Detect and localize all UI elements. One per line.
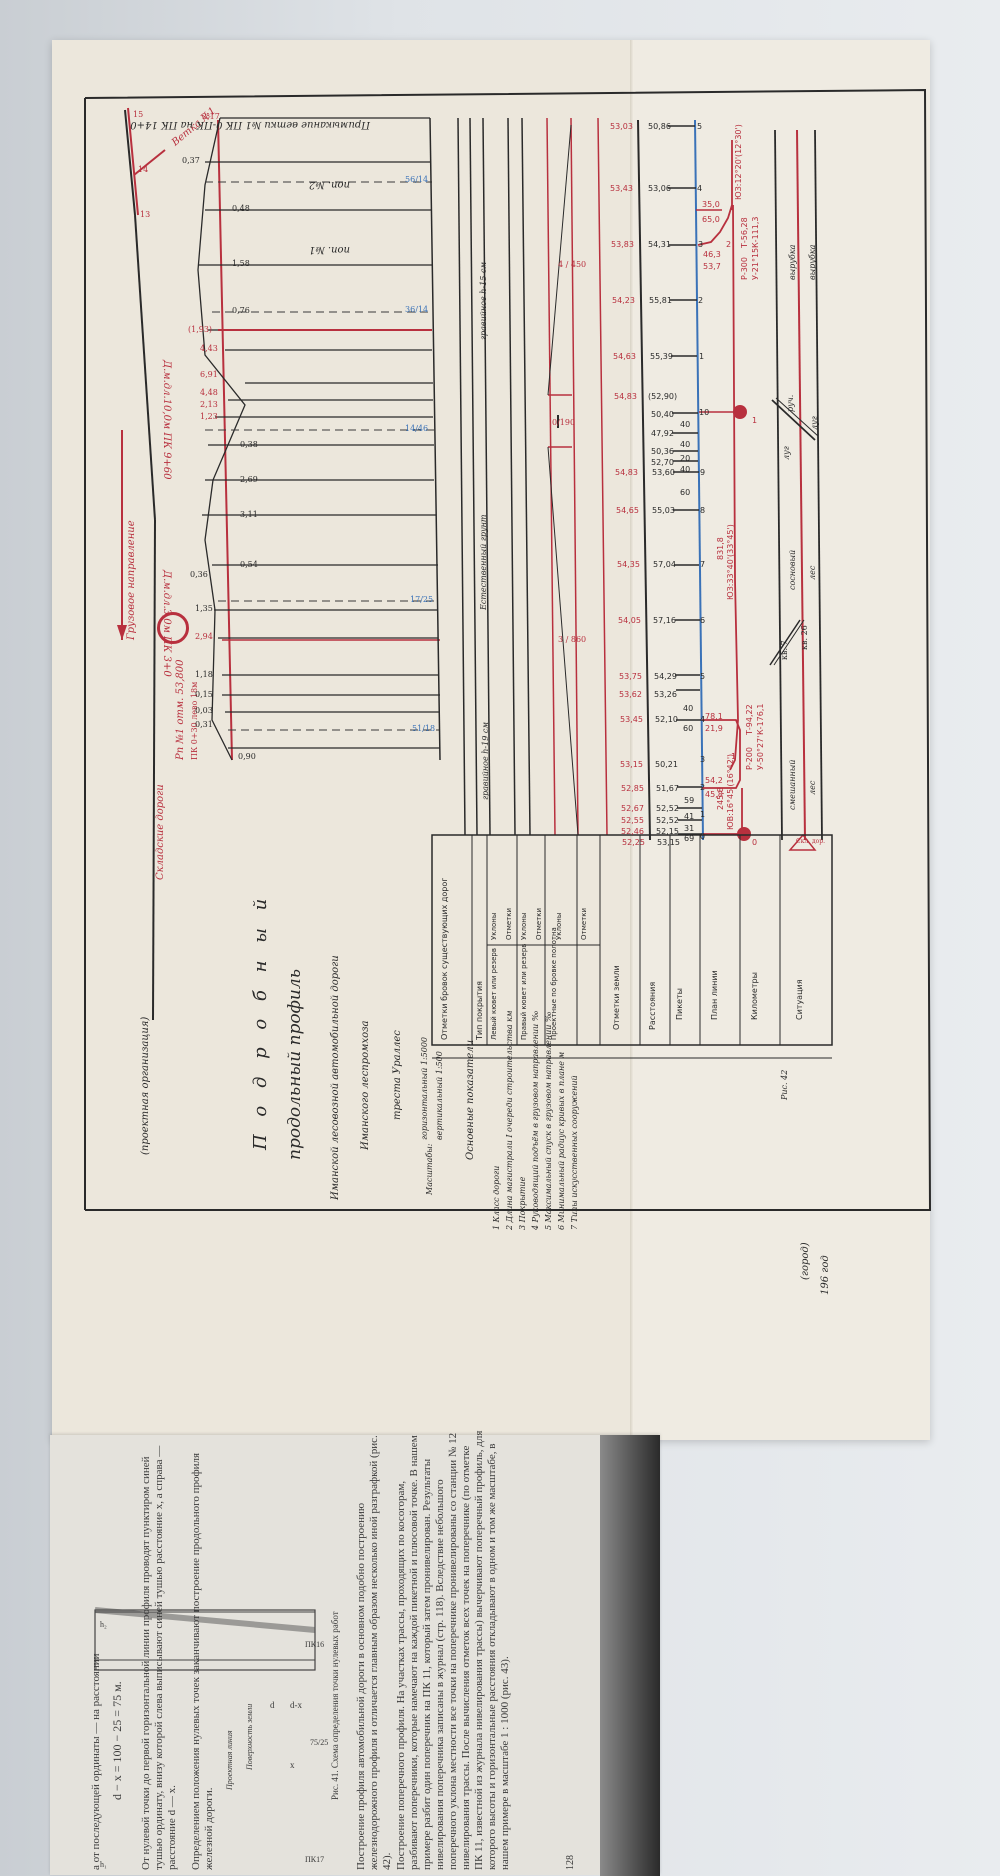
surface-section-3: гравийное h-15 см bbox=[479, 262, 488, 340]
design-mark: 54,65 bbox=[616, 506, 639, 515]
ground-mark: 50,21 bbox=[655, 760, 678, 769]
row-left-ditch: Левый кювет или резерв bbox=[490, 948, 498, 1040]
curve1-t: Т-94,22 bbox=[745, 704, 754, 735]
book-paragraph-1: От нулевой точки до первой горизонтально… bbox=[140, 1430, 179, 1870]
curve1-a: 45,8 bbox=[705, 790, 723, 799]
picket-label: 9 bbox=[700, 468, 705, 477]
picket-label: 5 bbox=[697, 122, 702, 131]
picket-label: 7 bbox=[700, 560, 705, 569]
figure-pk16: ПК16 bbox=[305, 1640, 324, 1649]
row-right-slopes: Уклоны bbox=[520, 913, 528, 940]
situation-block-26: кв. 26 bbox=[800, 625, 809, 650]
curve2-num: 2 bbox=[726, 240, 731, 249]
cross-section-2: поп. №2 bbox=[309, 179, 350, 190]
indicator-item: 6 Минимальный радиус кривых в плане м bbox=[557, 1052, 566, 1230]
picket-label: 3 bbox=[700, 755, 705, 764]
title-year: 196 год bbox=[820, 1255, 831, 1295]
ground-mark: 50,86 bbox=[648, 122, 671, 131]
zero-point-fraction: 51/18 bbox=[412, 724, 435, 733]
work-mark: 2,17 bbox=[202, 112, 220, 121]
design-mark: 54,83 bbox=[615, 468, 638, 477]
design-mark: 54,83 bbox=[614, 392, 637, 401]
design-mark: 53,45 bbox=[620, 715, 643, 724]
design-mark: 54,05 bbox=[618, 616, 641, 625]
ground-mark: 50,36 bbox=[651, 447, 674, 456]
design-mark: 53,03 bbox=[610, 122, 633, 131]
design-mark: 52,55 bbox=[621, 816, 644, 825]
work-mark: 4,43 bbox=[200, 344, 218, 353]
curve2-a: 53,7 bbox=[703, 262, 721, 271]
situation-warehouse: Скл. дор. bbox=[796, 838, 825, 845]
situation-mixed: смешанный bbox=[788, 760, 797, 810]
zero-point-fraction: 17/25 bbox=[410, 595, 433, 604]
curve1-k: К-176,1 bbox=[756, 704, 765, 735]
indicator-item: 2 Длина магистрали I очереди строительст… bbox=[505, 1010, 514, 1230]
row-left-marks: Отметки bbox=[505, 908, 513, 940]
situation-meadow-2: луг bbox=[810, 416, 819, 430]
work-mark: 0,90 bbox=[238, 752, 256, 761]
ground-mark: 52,10 bbox=[655, 715, 678, 724]
picket-label: 4 bbox=[697, 184, 702, 193]
situation-forest: лес bbox=[808, 781, 817, 795]
design-mark: 52,25 bbox=[622, 838, 645, 847]
work-mark: 0,36 bbox=[190, 570, 208, 579]
work-mark: 0,38 bbox=[240, 440, 258, 449]
row-kilometers: Километры bbox=[750, 972, 759, 1020]
situation-stream: руч. bbox=[786, 395, 795, 412]
work-mark: 1,18 bbox=[195, 670, 213, 679]
row-right-ditch: Правый кювет или резерв bbox=[520, 944, 528, 1040]
design-mark: 53,43 bbox=[610, 184, 633, 193]
picket-label: 1 bbox=[700, 810, 705, 819]
design-mark: 52,85 bbox=[621, 784, 644, 793]
ground-mark: 51,67 bbox=[656, 784, 679, 793]
design-mark: 53,15 bbox=[620, 760, 643, 769]
indicator-item: 4 Руководящий подъём в грузовом направле… bbox=[531, 1011, 540, 1230]
grade-segment: 4 / 450 bbox=[558, 260, 586, 269]
title-subtitle-1: Иманской лесовозной автомобильной дороги bbox=[330, 955, 341, 1200]
design-mark: 52,46 bbox=[621, 827, 644, 836]
cross-section-1: поп. №1 bbox=[309, 244, 350, 255]
picket-label: 1 bbox=[699, 352, 704, 361]
distance-cell: 69 bbox=[684, 834, 694, 843]
figure-x: x bbox=[290, 1760, 295, 1770]
indicator-item: 3 Покрытие bbox=[518, 1177, 527, 1230]
figure-h1: h₁ bbox=[100, 1860, 107, 1869]
cargo-direction-label: Грузовое направление bbox=[126, 520, 137, 640]
figure-pk17: ПК17 bbox=[305, 1855, 324, 1864]
work-mark: 1,58 bbox=[232, 259, 250, 268]
ground-mark: 54,29 bbox=[654, 672, 677, 681]
distance-cell: 31 bbox=[684, 824, 694, 833]
surface-section-1: гравийное h-19 см bbox=[481, 722, 490, 800]
curve1-d: 78,1 bbox=[705, 712, 723, 721]
ground-mark: 55,81 bbox=[649, 296, 672, 305]
branch-picket-15: 15 bbox=[133, 110, 143, 119]
situation-meadow-1: луг bbox=[782, 446, 791, 460]
distance-cell: 40 bbox=[680, 440, 690, 449]
figure-d: d bbox=[270, 1700, 275, 1710]
title-subtitle-2: Иманского леспромхоза bbox=[360, 1020, 371, 1150]
pipe-1-label: Д.м.дл.10,0м ПК 9+60 bbox=[161, 360, 172, 480]
curve2-r: Р-300 bbox=[740, 257, 749, 280]
picket-label: 5 bbox=[700, 672, 705, 681]
plan-seg2-bearing: ЮЗ:33°40'(33°45') bbox=[726, 524, 735, 600]
curve1-r: Р-200 bbox=[745, 747, 754, 770]
work-mark: 0,03 bbox=[195, 706, 213, 715]
work-mark: 0,76 bbox=[232, 306, 250, 315]
picket-label: 3 bbox=[698, 240, 703, 249]
row-situation: Ситуация bbox=[795, 979, 804, 1020]
work-mark: 3,11 bbox=[240, 510, 258, 519]
title-line-2: продольный профиль bbox=[285, 969, 305, 1160]
zero-point-fraction: 14/46 bbox=[405, 424, 428, 433]
work-mark: 6,91 bbox=[200, 370, 218, 379]
book-paragraph-2: Определением положения нулевых точек зак… bbox=[190, 1430, 216, 1870]
ground-mark: 52,70 bbox=[651, 458, 674, 467]
picket-label: 10 bbox=[699, 408, 709, 417]
work-mark: 0,54 bbox=[240, 560, 258, 569]
figure-design-line: Проектная линия bbox=[225, 1730, 234, 1790]
work-mark: 2,13 bbox=[200, 400, 218, 409]
curve1-b: 54,2 bbox=[705, 776, 723, 785]
ground-mark: 57,04 bbox=[653, 560, 676, 569]
page-number: 128 bbox=[565, 1855, 576, 1870]
design-mark: 53,62 bbox=[619, 690, 642, 699]
design-mark: 53,75 bbox=[619, 672, 642, 681]
figure-ground: Поверхность земли bbox=[245, 1704, 254, 1770]
zero-point-fraction: 56/14 bbox=[405, 175, 428, 184]
curve1-y: У-50°27' bbox=[756, 736, 765, 770]
design-mark: 54,23 bbox=[612, 296, 635, 305]
distance-cell: 40 bbox=[680, 420, 690, 429]
ground-mark: (52,90) bbox=[648, 392, 677, 401]
scale-horizontal: горизонтальный 1:5000 bbox=[420, 1037, 429, 1140]
curve2-d: 35,0 bbox=[702, 200, 720, 209]
ground-mark: 54,31 bbox=[648, 240, 671, 249]
work-mark: 2,69 bbox=[240, 475, 258, 484]
design-mark: 54,35 bbox=[617, 560, 640, 569]
row-existing-roads: Отметки бровок существующих дорог bbox=[440, 878, 449, 1040]
row-pickets: Пикеты bbox=[675, 988, 684, 1020]
ground-mark: 52,52 bbox=[656, 804, 679, 813]
situation-forest-2: лес bbox=[808, 566, 817, 580]
picket-label: 0 bbox=[700, 832, 705, 841]
work-mark: 0,48 bbox=[232, 204, 250, 213]
curve2-c: 65,0 bbox=[702, 215, 720, 224]
title-subtitle-3: треста Ураллес bbox=[392, 1030, 403, 1120]
distance-cell: 59 bbox=[684, 796, 694, 805]
plan-seg2-length: 831,8 bbox=[716, 537, 725, 560]
title-organization: (проектная организация) bbox=[140, 1017, 151, 1155]
km-mark-0: 0 bbox=[752, 838, 757, 847]
ground-mark: 47,92 bbox=[651, 429, 674, 438]
distance-cell: 60 bbox=[683, 724, 693, 733]
pipe-circle-icon bbox=[157, 612, 189, 644]
branch-picket-14: 14 bbox=[138, 165, 148, 174]
work-mark: 4,48 bbox=[200, 388, 218, 397]
ground-mark: 55,03 bbox=[652, 506, 675, 515]
book-paragraph-4: Построение поперечного профиля. На участ… bbox=[395, 1430, 512, 1870]
distance-cell: 41 bbox=[684, 812, 694, 821]
ground-mark: 53,60 bbox=[652, 468, 675, 477]
figure-fraction: 75/25 bbox=[310, 1738, 328, 1747]
ground-mark: 53,15 bbox=[657, 838, 680, 847]
curve2-t: Т-56,28 bbox=[740, 217, 749, 248]
work-mark: 1,35 bbox=[195, 604, 213, 613]
curve2-b: 46,3 bbox=[703, 250, 721, 259]
ground-mark: 57,16 bbox=[653, 616, 676, 625]
surface-section-2: Естественный грунт bbox=[479, 514, 488, 610]
row-left-slopes: Уклоны bbox=[490, 913, 498, 940]
figure-label: Рис. 42 bbox=[780, 1070, 789, 1100]
ground-mark: 55,39 bbox=[650, 352, 673, 361]
work-mark: (1,93) bbox=[188, 325, 212, 334]
km-mark-1: 1 bbox=[752, 416, 757, 425]
branch-picket-13: 13 bbox=[140, 210, 150, 219]
work-mark: 2,94 bbox=[195, 632, 213, 641]
ground-mark: 52,52 bbox=[656, 816, 679, 825]
zero-point-fraction: 36/14 bbox=[405, 305, 428, 314]
plan-seg3-bearing: ЮЗ:12°20'(12°30') bbox=[734, 124, 743, 200]
ground-mark: 52,15 bbox=[656, 827, 679, 836]
figure-caption: Рис. 41. Схема определения точки нулевых… bbox=[330, 1611, 340, 1800]
row-distances: Расстояния bbox=[648, 982, 657, 1030]
ground-mark: 50,40 bbox=[651, 410, 674, 419]
book-paragraph-3: Построение профиля автомобильной дороги … bbox=[355, 1430, 394, 1870]
row-surface-type: Тип покрытия bbox=[475, 981, 484, 1040]
indicator-item: 7 Типы искусственных сооружений bbox=[570, 1075, 579, 1230]
picket-label: 2 bbox=[698, 296, 703, 305]
figure-dx: d-x bbox=[290, 1700, 302, 1710]
distance-cell: 60 bbox=[680, 488, 690, 497]
benchmark-label: Рп №1 отм. 53,800 bbox=[175, 660, 186, 761]
work-mark: 0,15 bbox=[195, 690, 213, 699]
distance-cell: 40 bbox=[683, 704, 693, 713]
picket-label: 8 bbox=[700, 506, 705, 515]
ground-mark: 53,26 bbox=[654, 690, 677, 699]
situation-block-7: кв. 7 bbox=[780, 640, 789, 660]
situation-pine: сосновый bbox=[788, 550, 797, 590]
curve1-c: 21,9 bbox=[705, 724, 723, 733]
picket-label: 6 bbox=[700, 616, 705, 625]
book-formula: d − x = 100 − 25 = 75 м. bbox=[110, 1681, 125, 1800]
indicators-heading: Основные показатели bbox=[465, 1040, 476, 1160]
row-right-marks: Отметки bbox=[535, 908, 543, 940]
row-design-marks: Отметки bbox=[580, 908, 588, 940]
grade-segment: 3 / 860 bbox=[558, 635, 586, 644]
row-design-slopes: Уклоны bbox=[555, 913, 563, 940]
ground-mark: 53,06 bbox=[648, 184, 671, 193]
figure-h2: h₂ bbox=[100, 1620, 107, 1629]
distance-cell: 40 bbox=[680, 465, 690, 474]
title-line-1: П о д р о б н ы й bbox=[250, 893, 271, 1150]
scales-label: Масштабы: bbox=[425, 1144, 434, 1195]
scale-vertical: вертикальный 1:500 bbox=[435, 1051, 444, 1140]
row-plan-line: План линии bbox=[710, 970, 719, 1020]
book-line-1: а от последующей ординаты — на расстояни… bbox=[90, 1654, 102, 1870]
work-mark: 1,23 bbox=[200, 412, 218, 421]
title-city: (город) bbox=[800, 1242, 811, 1280]
grade-segment: 0/190 bbox=[552, 418, 575, 427]
work-mark: 0,31 bbox=[195, 720, 213, 729]
warehouse-roads-label: Складские дороги bbox=[155, 784, 166, 880]
situation-clearing-1: вырубка bbox=[788, 245, 797, 280]
curve2-k: К-111,3 bbox=[751, 217, 760, 248]
row-ground-marks: Отметки земли bbox=[612, 965, 621, 1030]
junction-note: Примыкание ветки №1 ПК 0-ПК на ПК 14+0 bbox=[130, 119, 370, 130]
design-mark: 54,63 bbox=[613, 352, 636, 361]
design-mark: 53,83 bbox=[611, 240, 634, 249]
plan-seg1-bearing: ЮВ:16°45'(16°42') bbox=[726, 754, 735, 830]
situation-clearing-2: вырубка bbox=[808, 245, 817, 280]
design-mark: 52,67 bbox=[621, 804, 644, 813]
indicator-item: 1 Класс дороги bbox=[492, 1166, 501, 1230]
indicator-item: 5 Максимальный спуск в грузовом направле… bbox=[544, 1011, 553, 1230]
curve1-num: 1 bbox=[731, 752, 736, 761]
work-mark: 0,37 bbox=[182, 156, 200, 165]
curve2-y: У-21°15' bbox=[751, 246, 760, 280]
distance-cell: 20 bbox=[680, 454, 690, 463]
